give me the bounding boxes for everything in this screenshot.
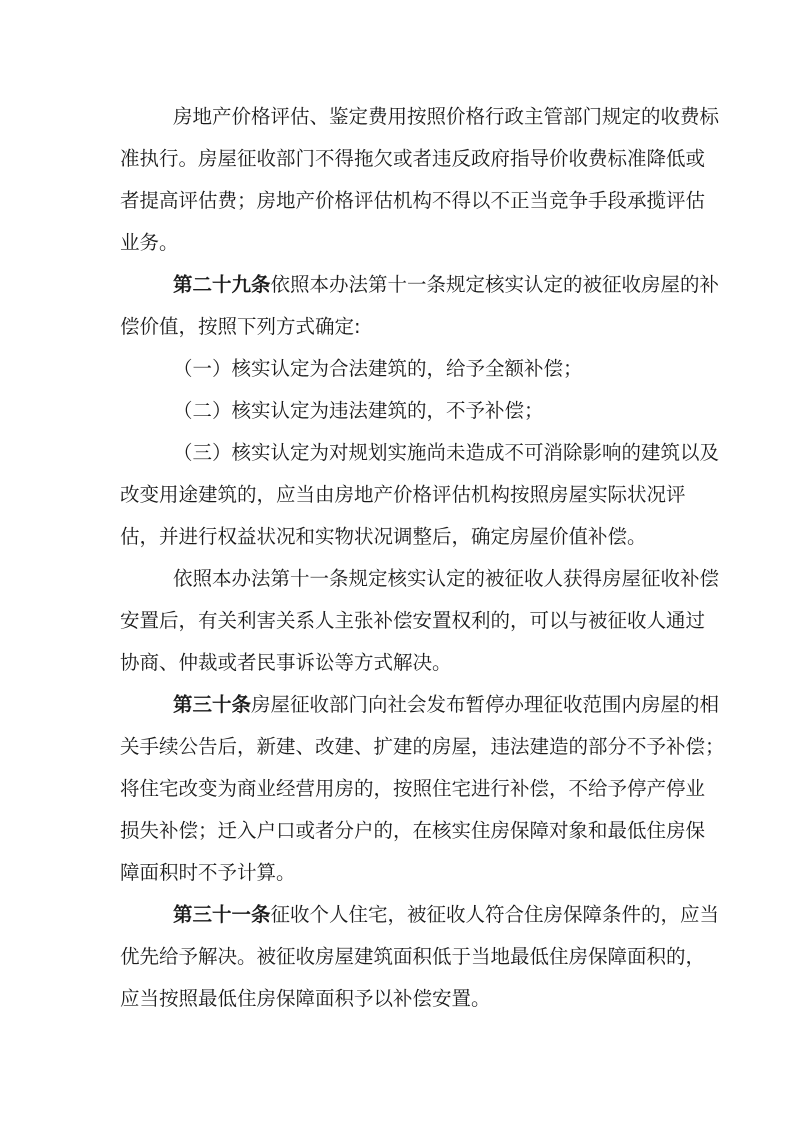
text-line: 偿价值，按照下列方式确定: xyxy=(120,310,676,352)
document-page: 房地产价格评估、鉴定费用按照价格行政主管部门规定的收费标准执行。房屋征收部门不得… xyxy=(0,0,793,1122)
text-line: 障面积时不予计算。 xyxy=(120,856,676,898)
text-line: 损失补偿；迁入户口或者分户的，在核实住房保障对象和最低住房保 xyxy=(120,814,676,856)
paragraph: 第三十一条征收个人住宅，被征收人符合住房保障条件的，应当优先给予解决。被征收房屋… xyxy=(120,898,676,1024)
article-heading: 第三十条 xyxy=(173,693,251,716)
line-text: 协商、仲裁或者民事诉讼等方式解决。 xyxy=(120,651,452,674)
line-text: 将住宅改变为商业经营用房的，按照住宅进行补偿，不给予停产停业 xyxy=(120,777,705,800)
line-text: 房屋征收部门向社会发布暂停办理征收范围内房屋的相 xyxy=(251,693,719,716)
text-line: 第二十九条依照本办法第十一条规定核实认定的被征收房屋的补 xyxy=(120,268,676,310)
text-line: 第三十一条征收个人住宅，被征收人符合住房保障条件的，应当 xyxy=(120,898,676,940)
text-line: （三）核实认定为对规划实施尚未造成不可消除影响的建筑以及 xyxy=(120,436,676,478)
line-text: 者提高评估费；房地产价格评估机构不得以不正当竞争手段承揽评估 xyxy=(120,189,705,212)
line-text: （二）核实认定为违法建筑的，不予补偿； xyxy=(173,399,544,422)
text-line: 依照本办法第十一条规定核实认定的被征收人获得房屋征收补偿 xyxy=(120,562,676,604)
text-line: 准执行。房屋征收部门不得拖欠或者违反政府指导价收费标准降低或 xyxy=(120,142,676,184)
paragraph: （三）核实认定为对规划实施尚未造成不可消除影响的建筑以及改变用途建筑的，应当由房… xyxy=(120,436,676,562)
paragraph: 依照本办法第十一条规定核实认定的被征收人获得房屋征收补偿安置后，有关利害关系人主… xyxy=(120,562,676,688)
text-line: 协商、仲裁或者民事诉讼等方式解决。 xyxy=(120,646,676,688)
line-text: 障面积时不予计算。 xyxy=(120,861,296,884)
line-text: 业务。 xyxy=(120,231,179,254)
text-line: 将住宅改变为商业经营用房的，按照住宅进行补偿，不给予停产停业 xyxy=(120,772,676,814)
line-text: 准执行。房屋征收部门不得拖欠或者违反政府指导价收费标准降低或 xyxy=(120,147,705,170)
text-line: 房地产价格评估、鉴定费用按照价格行政主管部门规定的收费标 xyxy=(120,100,676,142)
text-line: 安置后，有关利害关系人主张补偿安置权利的，可以与被征收人通过 xyxy=(120,604,676,646)
line-text: 损失补偿；迁入户口或者分户的，在核实住房保障对象和最低住房保 xyxy=(120,819,705,842)
text-line: （二）核实认定为违法建筑的，不予补偿； xyxy=(120,394,676,436)
line-text: 房地产价格评估、鉴定费用按照价格行政主管部门规定的收费标 xyxy=(173,105,719,128)
line-text: 改变用途建筑的，应当由房地产价格评估机构按照房屋实际状况评 xyxy=(120,483,686,506)
document-body: 房地产价格评估、鉴定费用按照价格行政主管部门规定的收费标准执行。房屋征收部门不得… xyxy=(120,100,676,1024)
text-line: 关手续公告后，新建、改建、扩建的房屋，违法建造的部分不予补偿； xyxy=(120,730,676,772)
paragraph: 第三十条房屋征收部门向社会发布暂停办理征收范围内房屋的相关手续公告后，新建、改建… xyxy=(120,688,676,898)
article-heading: 第三十一条 xyxy=(173,903,271,926)
text-line: 业务。 xyxy=(120,226,676,268)
text-line: 者提高评估费；房地产价格评估机构不得以不正当竞争手段承揽评估 xyxy=(120,184,676,226)
line-text: 关手续公告后，新建、改建、扩建的房屋，违法建造的部分不予补偿； xyxy=(120,735,725,758)
paragraph: 房地产价格评估、鉴定费用按照价格行政主管部门规定的收费标准执行。房屋征收部门不得… xyxy=(120,100,676,268)
line-text: 应当按照最低住房保障面积予以补偿安置。 xyxy=(120,987,491,1010)
text-line: 第三十条房屋征收部门向社会发布暂停办理征收范围内房屋的相 xyxy=(120,688,676,730)
line-text: 估，并进行权益状况和实物状况调整后，确定房屋价值补偿。 xyxy=(120,525,647,548)
text-line: 优先给予解决。被征收房屋建筑面积低于当地最低住房保障面积的， xyxy=(120,940,676,982)
line-text: 偿价值，按照下列方式确定: xyxy=(120,315,361,338)
article-heading: 第二十九条 xyxy=(173,273,271,296)
text-line: 改变用途建筑的，应当由房地产价格评估机构按照房屋实际状况评 xyxy=(120,478,676,520)
text-line: 估，并进行权益状况和实物状况调整后，确定房屋价值补偿。 xyxy=(120,520,676,562)
text-line: （一）核实认定为合法建筑的，给予全额补偿； xyxy=(120,352,676,394)
paragraph: （一）核实认定为合法建筑的，给予全额补偿； xyxy=(120,352,676,394)
line-text: 征收个人住宅，被征收人符合住房保障条件的，应当 xyxy=(271,903,720,926)
line-text: 优先给予解决。被征收房屋建筑面积低于当地最低住房保障面积的， xyxy=(120,945,705,968)
line-text: 依照本办法第十一条规定核实认定的被征收人获得房屋征收补偿 xyxy=(173,567,719,590)
paragraph: 第二十九条依照本办法第十一条规定核实认定的被征收房屋的补偿价值，按照下列方式确定… xyxy=(120,268,676,352)
line-text: （一）核实认定为合法建筑的，给予全额补偿； xyxy=(173,357,583,380)
line-text: （三）核实认定为对规划实施尚未造成不可消除影响的建筑以及 xyxy=(173,441,719,464)
paragraph: （二）核实认定为违法建筑的，不予补偿； xyxy=(120,394,676,436)
line-text: 依照本办法第十一条规定核实认定的被征收房屋的补 xyxy=(271,273,720,296)
line-text: 安置后，有关利害关系人主张补偿安置权利的，可以与被征收人通过 xyxy=(120,609,705,632)
text-line: 应当按照最低住房保障面积予以补偿安置。 xyxy=(120,982,676,1024)
